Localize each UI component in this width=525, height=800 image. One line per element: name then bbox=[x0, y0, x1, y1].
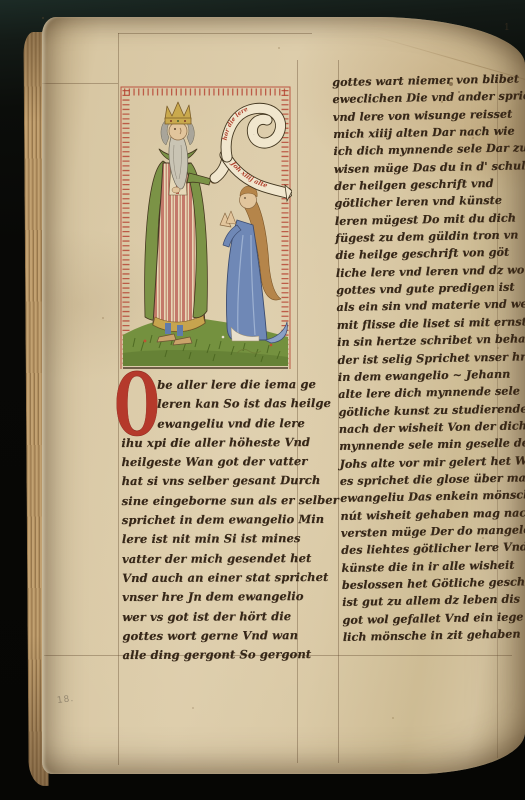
king-figure bbox=[145, 102, 218, 345]
miniature: hor die lere Joh xiiij alte bbox=[119, 85, 292, 371]
left-column: be aller lere die iema ge leren kan So i… bbox=[121, 375, 329, 666]
text-line: lere ist nit min Si ist mines bbox=[122, 529, 328, 549]
text-line: vnser hre Jn dem ewangelio bbox=[122, 587, 328, 607]
text-line: sprichet in dem ewangelio Min bbox=[122, 510, 328, 530]
banderole: hor die lere Joh xiiij alte bbox=[215, 106, 292, 201]
text-line: sine eingeborne sun als er selber bbox=[122, 491, 328, 511]
photo-stage: 1 18. bbox=[0, 0, 525, 800]
text-line: Vnd auch an einer stat sprichet bbox=[122, 568, 328, 588]
maiden-figure bbox=[220, 186, 287, 343]
top-right-ink-mark: 1 bbox=[504, 23, 510, 33]
text-line: wer vs got ist der hört die bbox=[122, 606, 328, 626]
text-line: lich mönsche in zit gehaben bbox=[343, 625, 525, 646]
text-line: hat si vns selber gesant Durch bbox=[122, 471, 328, 491]
text-line: vatter der mich gesendet het bbox=[122, 549, 328, 569]
folio-pencil-mark: 18. bbox=[56, 694, 75, 706]
text-line: wisen müge Das du in d' schule bbox=[334, 157, 525, 178]
ruling-line-top-margin bbox=[42, 83, 118, 84]
text-line: gottes wort gerne Vnd wan bbox=[122, 626, 328, 646]
text-line: ihu xpi die aller höheste Vnd bbox=[121, 433, 327, 453]
text-line: heilgeste Wan got der vatter bbox=[121, 452, 327, 472]
text-line: leren kan So ist das heilge bbox=[121, 394, 327, 414]
text-line: alle ding gergont So gergont bbox=[122, 645, 328, 665]
foxing-speckles bbox=[42, 17, 44, 19]
right-column: gottes wart niemer von blibet eweclichen… bbox=[332, 70, 525, 646]
ruling-line-top bbox=[118, 33, 312, 34]
text-line: ewangeliu vnd die lere bbox=[121, 414, 327, 434]
text-line: be aller lere die iema ge bbox=[121, 375, 327, 395]
manuscript-page: 1 18. bbox=[42, 17, 525, 774]
